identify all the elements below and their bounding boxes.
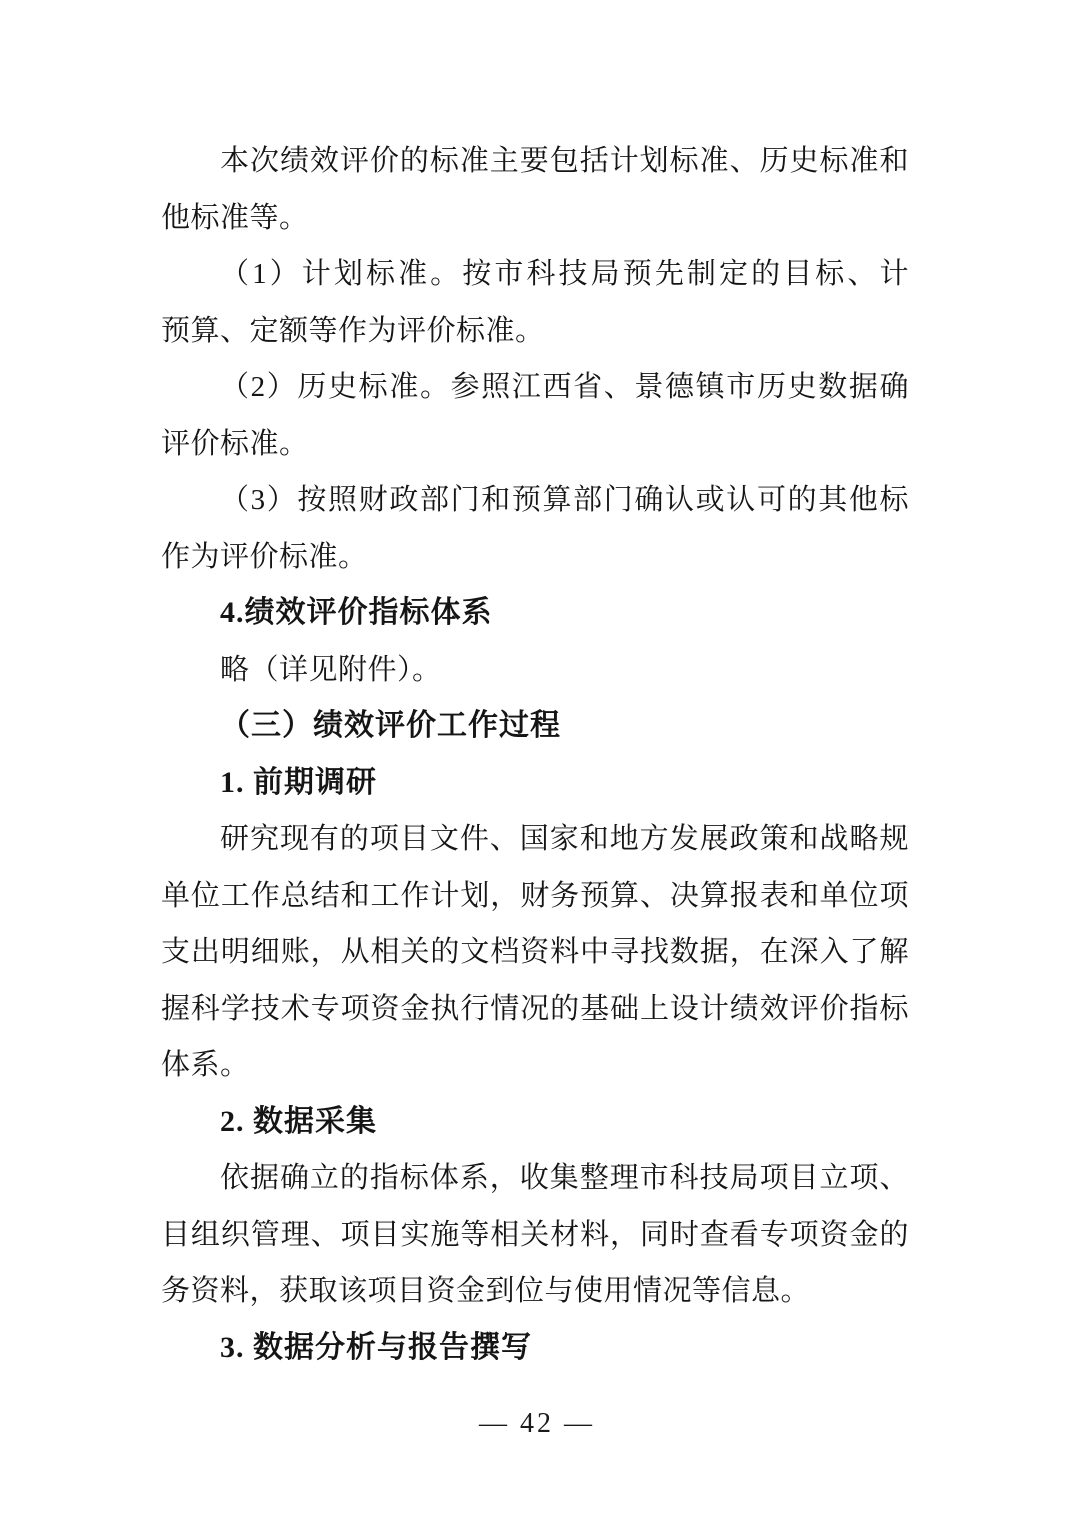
- page-number: — 42 —: [0, 1408, 1074, 1440]
- body-text-line: 评价标准。: [161, 416, 909, 473]
- body-text-line: 预算、定额等作为评价标准。: [161, 303, 909, 360]
- section-heading: 4.绩效评价指标体系: [161, 585, 909, 642]
- body-text-line: 略（详见附件）。: [161, 642, 909, 699]
- body-text-line: （3）按照财政部门和预算部门确认或认可的其他标准: [161, 472, 909, 529]
- body-text-line: （1）计划标准。按市科技局预先制定的目标、计划、: [161, 246, 909, 303]
- body-text-line: 依据确立的指标体系，收集整理市科技局项目立项、项: [161, 1150, 909, 1207]
- body-text-line: 作为评价标准。: [161, 529, 909, 586]
- body-text-line: （2）历史标准。参照江西省、景德镇市历史数据确定: [161, 359, 909, 416]
- section-heading: （三）绩效评价工作过程: [161, 698, 909, 755]
- body-text-line: 本次绩效评价的标准主要包括计划标准、历史标准和其: [161, 133, 909, 190]
- body-text-line: 目组织管理、项目实施等相关材料，同时查看专项资金的财: [161, 1207, 909, 1264]
- body-text-line: 他标准等。: [161, 190, 909, 247]
- body-text-line: 单位工作总结和工作计划，财务预算、决算报表和单位项目: [161, 868, 909, 925]
- section-heading: 2. 数据采集: [161, 1094, 909, 1151]
- document-page: 本次绩效评价的标准主要包括计划标准、历史标准和其他标准等。（1）计划标准。按市科…: [0, 0, 1074, 1520]
- body-text-line: 务资料，获取该项目资金到位与使用情况等信息。: [161, 1263, 909, 1320]
- body-text-line: 研究现有的项目文件、国家和地方发展政策和战略规划、: [161, 811, 909, 868]
- body-text-line: 体系。: [161, 1037, 909, 1094]
- section-heading: 1. 前期调研: [161, 755, 909, 812]
- body-text-line: 握科学技术专项资金执行情况的基础上设计绩效评价指标: [161, 981, 909, 1038]
- section-heading: 3. 数据分析与报告撰写: [161, 1320, 909, 1377]
- document-body: 本次绩效评价的标准主要包括计划标准、历史标准和其他标准等。（1）计划标准。按市科…: [161, 133, 909, 1376]
- body-text-line: 支出明细账，从相关的文档资料中寻找数据，在深入了解掌: [161, 924, 909, 981]
